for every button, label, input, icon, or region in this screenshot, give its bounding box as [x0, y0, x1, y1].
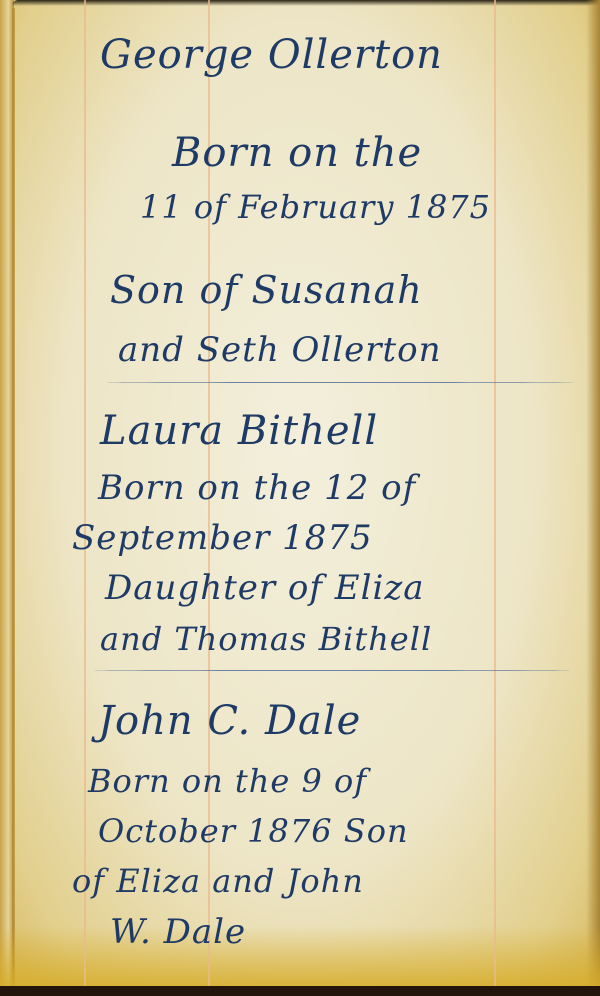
- entry-2-line-born: Born on the 12 of: [98, 468, 416, 508]
- entry-2-line-parents: and Thomas Bithell: [100, 620, 432, 658]
- entry-3-line-parents: of Eliza and John: [72, 862, 364, 900]
- register-page: George Ollerton Born on the 11 of Februa…: [0, 0, 600, 996]
- entry-3-line-surname: W. Dale: [110, 912, 246, 952]
- entry-1-line-parent: Son of Susanah: [110, 268, 423, 312]
- entry-2-line-parent: Daughter of Eliza: [105, 568, 425, 608]
- entry-2-line-date: September 1875: [72, 518, 373, 558]
- bottom-edge: [0, 986, 600, 996]
- right-edge: [586, 0, 600, 996]
- binding-edge: [12, 8, 15, 986]
- entry-1-name: George Ollerton: [100, 32, 443, 78]
- entry-divider-2: [92, 670, 572, 671]
- margin-rule-right: [494, 0, 496, 986]
- entry-3-line-born: Born on the 9 of: [88, 762, 367, 800]
- top-shadow: [12, 0, 600, 6]
- margin-rule-left: [84, 0, 86, 986]
- entry-divider-1: [105, 382, 575, 383]
- entry-2-name: Laura Bithell: [100, 408, 378, 454]
- entry-3-line-date: October 1876 Son: [98, 812, 409, 850]
- bottom-stain: [0, 926, 600, 986]
- entry-3-name: John C. Dale: [98, 698, 361, 744]
- entry-1-line-parents: and Seth Ollerton: [118, 330, 442, 370]
- entry-1-line-date: 11 of February 1875: [140, 188, 491, 226]
- entry-1-line-born: Born on the: [172, 130, 422, 176]
